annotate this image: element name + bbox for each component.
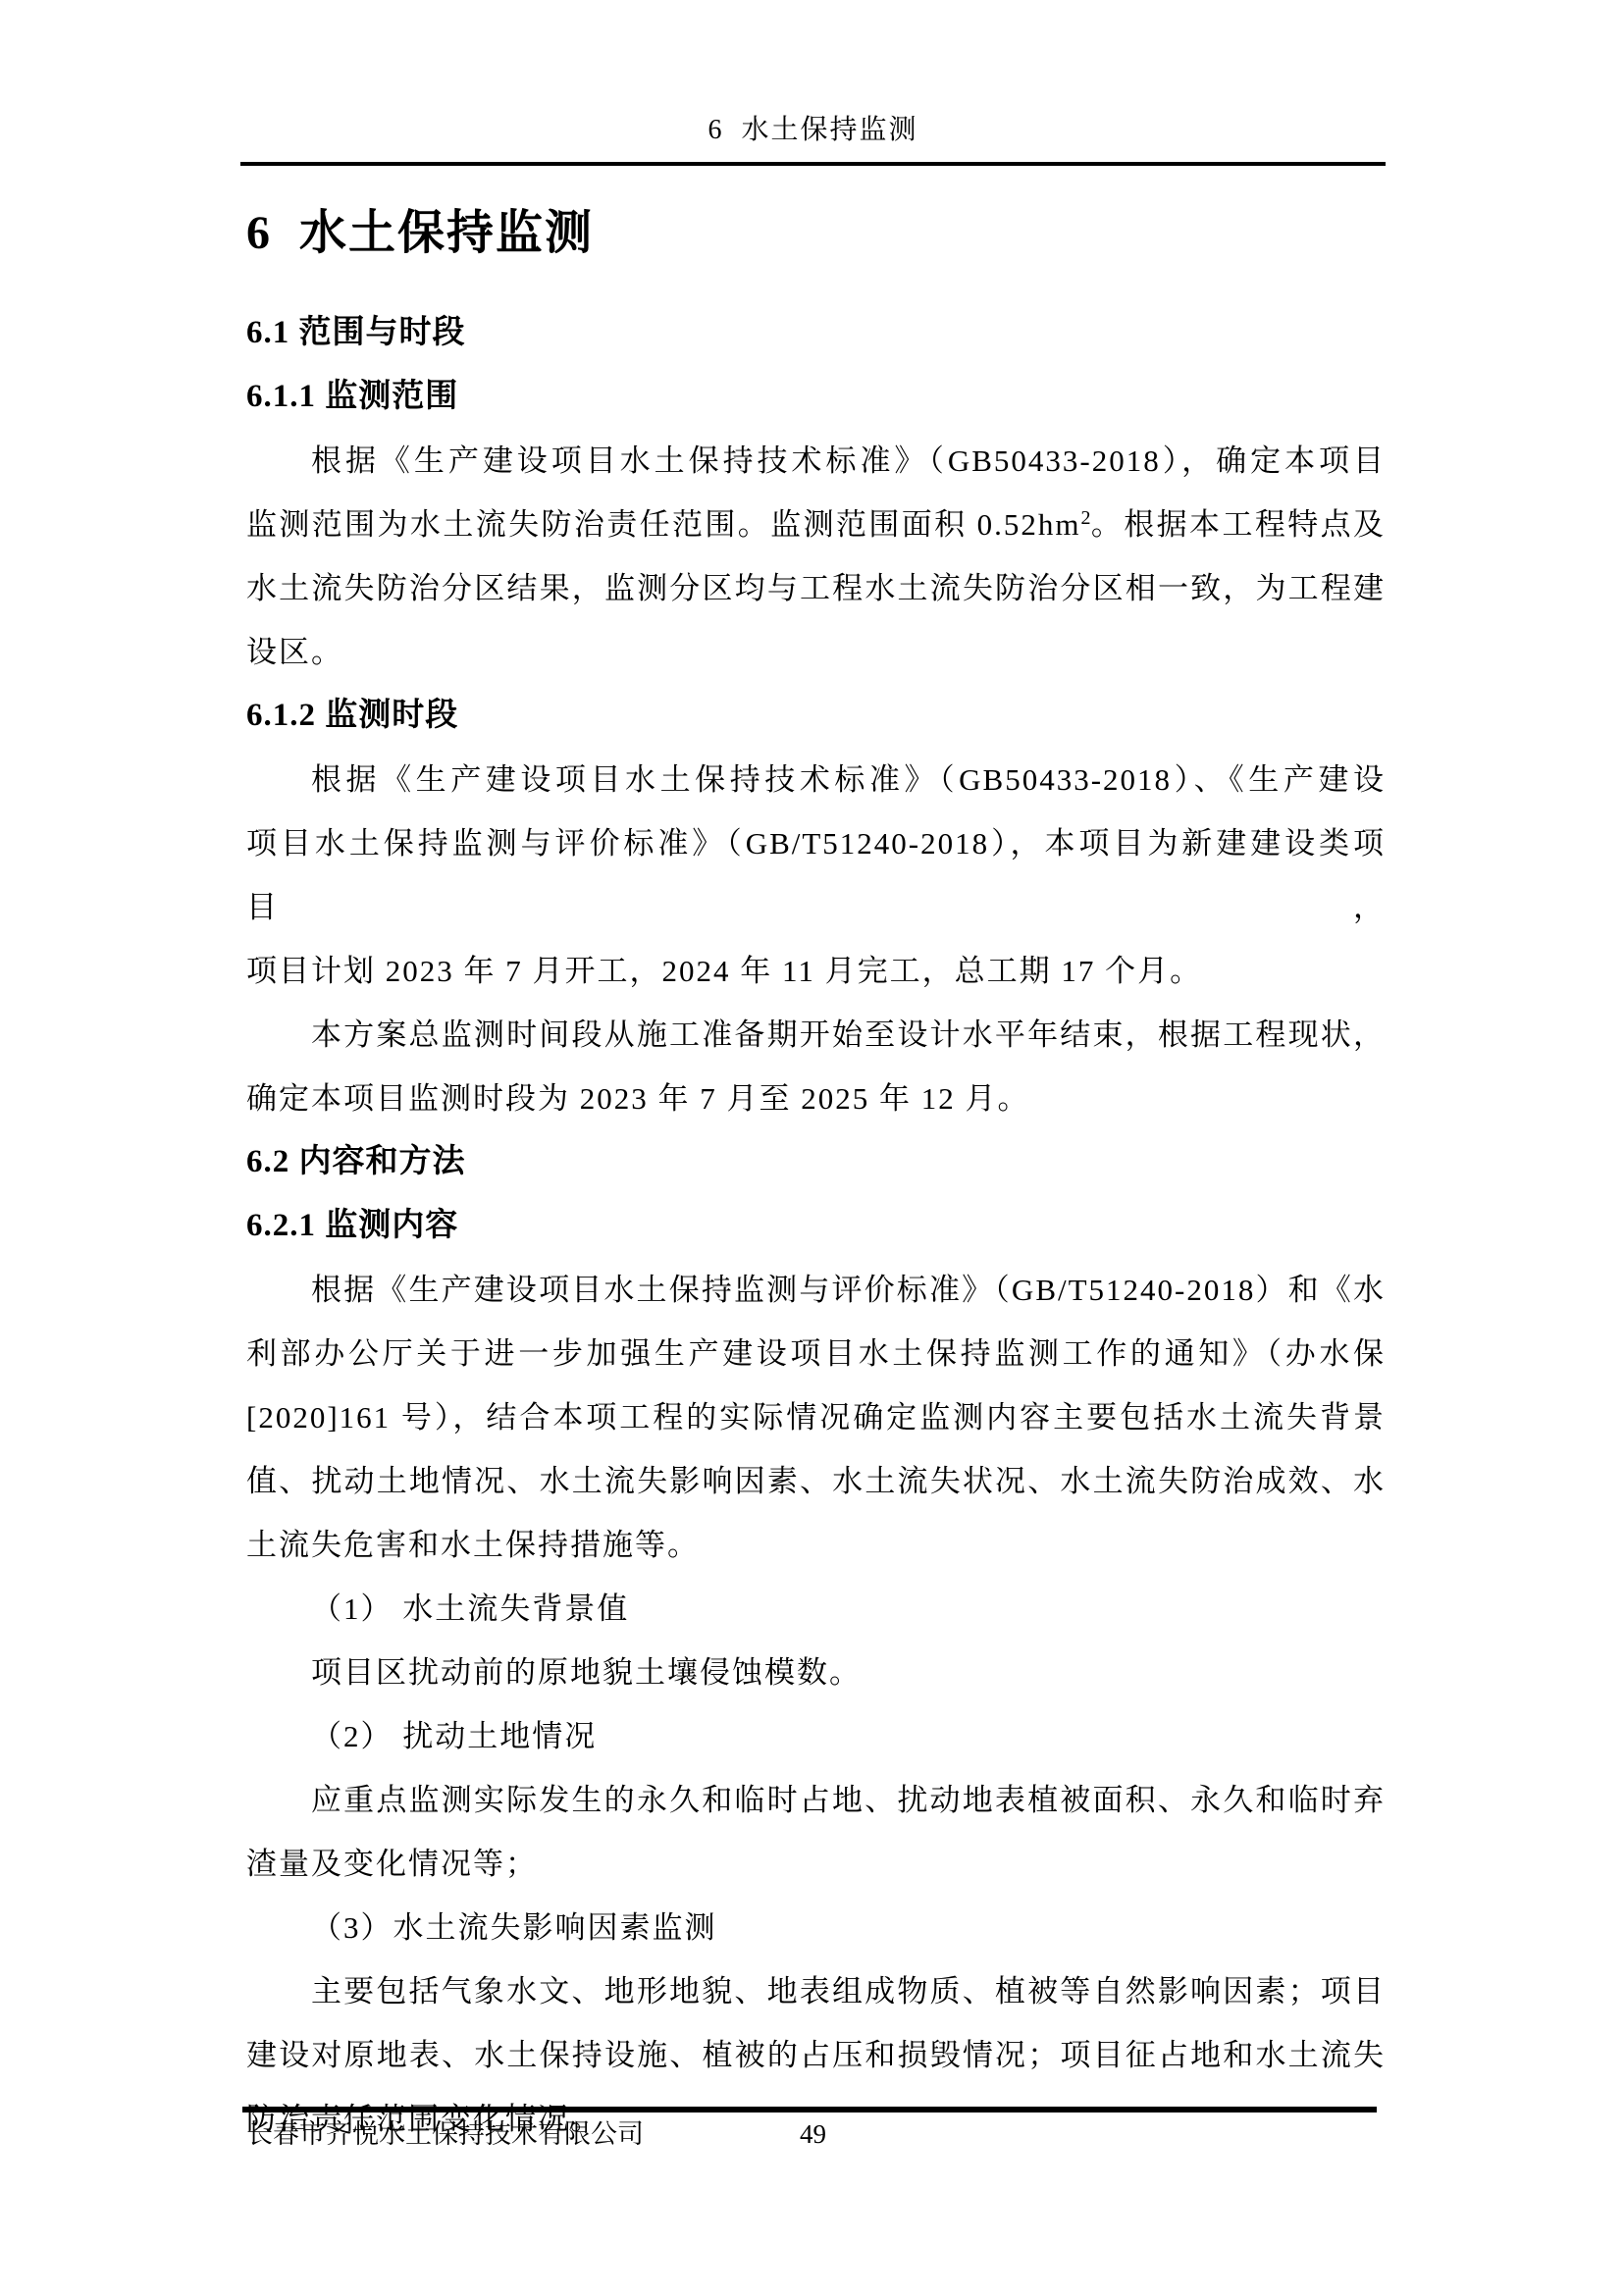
paragraph-line: 渣量及变化情况等； [246, 1832, 1386, 1896]
section-heading-6-2-1: 6.2.1 监测内容 [246, 1194, 1386, 1258]
header-rule [240, 162, 1386, 166]
paragraph-line: 项目计划 2023 年 7 月开工，2024 年 11 月完工，总工期 17 个… [246, 939, 1386, 1003]
paragraph-line: 项目区扰动前的原地貌土壤侵蚀模数。 [246, 1641, 1386, 1704]
paragraph-line: 根据《生产建设项目水土保持技术标准》（GB50433-2018），确定本项目 [246, 429, 1386, 493]
paragraph-line: 监测范围为水土流失防治责任范围。监测范围面积 0.52hm2。根据本工程特点及 [246, 493, 1386, 556]
list-item-1: （1） 水土流失背景值 [246, 1577, 1386, 1641]
paragraph-line: 设区。 [246, 620, 1386, 684]
paragraph-line: 建设对原地表、水土保持设施、植被的占压和损毁情况；项目征占地和水土流失 [246, 2023, 1386, 2087]
paragraph-line: 根据《生产建设项目水土保持技术标准》（GB50433-2018）、《生产建设 [246, 748, 1386, 811]
text-after-superscript: 。根据本工程特点及 [1091, 507, 1386, 542]
paragraph-line: 土流失危害和水土保持措施等。 [246, 1513, 1386, 1577]
footer-company-name: 长春市齐悦水土保持技术有限公司 [246, 2117, 644, 2151]
list-item-3: （3）水土流失影响因素监测 [246, 1896, 1386, 1959]
footer-rule [242, 2107, 1377, 2112]
section-heading-6-1: 6.1 范围与时段 [246, 301, 1386, 365]
running-header: 6 水土保持监测 [240, 114, 1386, 147]
paragraph-line: 项目水土保持监测与评价标准》（GB/T51240-2018），本项目为新建建设类… [246, 811, 1386, 939]
paragraph-line: [2020]161 号），结合本项工程的实际情况确定监测内容主要包括水土流失背景 [246, 1385, 1386, 1449]
paragraph-line: 本方案总监测时间段从施工准备期开始至设计水平年结束，根据工程现状， [246, 1003, 1386, 1067]
section-heading-6-1-1: 6.1.1 监测范围 [246, 365, 1386, 429]
superscript-2: 2 [1081, 507, 1091, 529]
section-heading-6-2: 6.2 内容和方法 [246, 1130, 1386, 1194]
document-body: 6.1 范围与时段 6.1.1 监测范围 根据《生产建设项目水土保持技术标准》（… [246, 301, 1386, 2151]
paragraph-line: 值、扰动土地情况、水土流失影响因素、水土流失状况、水土流失防治成效、水 [246, 1449, 1386, 1513]
paragraph-line: 利部办公厅关于进一步加强生产建设项目水土保持监测工作的通知》（办水保 [246, 1322, 1386, 1385]
section-heading-6-1-2: 6.1.2 监测时段 [246, 684, 1386, 748]
paragraph-line: 确定本项目监测时段为 2023 年 7 月至 2025 年 12 月。 [246, 1067, 1386, 1130]
text-before-superscript: 监测范围为水土流失防治责任范围。监测范围面积 0.52hm [246, 507, 1081, 542]
document-page: 6 水土保持监测 6 水土保持监测 6.1 范围与时段 6.1.1 监测范围 根… [0, 0, 1624, 2295]
paragraph-line: 水土流失防治分区结果，监测分区均与工程水土流失防治分区相一致，为工程建 [246, 556, 1386, 620]
paragraph-line: 主要包括气象水文、地形地貌、地表组成物质、植被等自然影响因素；项目 [246, 1959, 1386, 2023]
chapter-title: 6 水土保持监测 [246, 206, 594, 261]
page-number: 49 [800, 2117, 826, 2151]
paragraph-line: 根据《生产建设项目水土保持监测与评价标准》（GB/T51240-2018）和《水 [246, 1258, 1386, 1322]
paragraph-line: 应重点监测实际发生的永久和临时占地、扰动地表植被面积、永久和临时弃 [246, 1768, 1386, 1832]
list-item-2: （2） 扰动土地情况 [246, 1704, 1386, 1768]
